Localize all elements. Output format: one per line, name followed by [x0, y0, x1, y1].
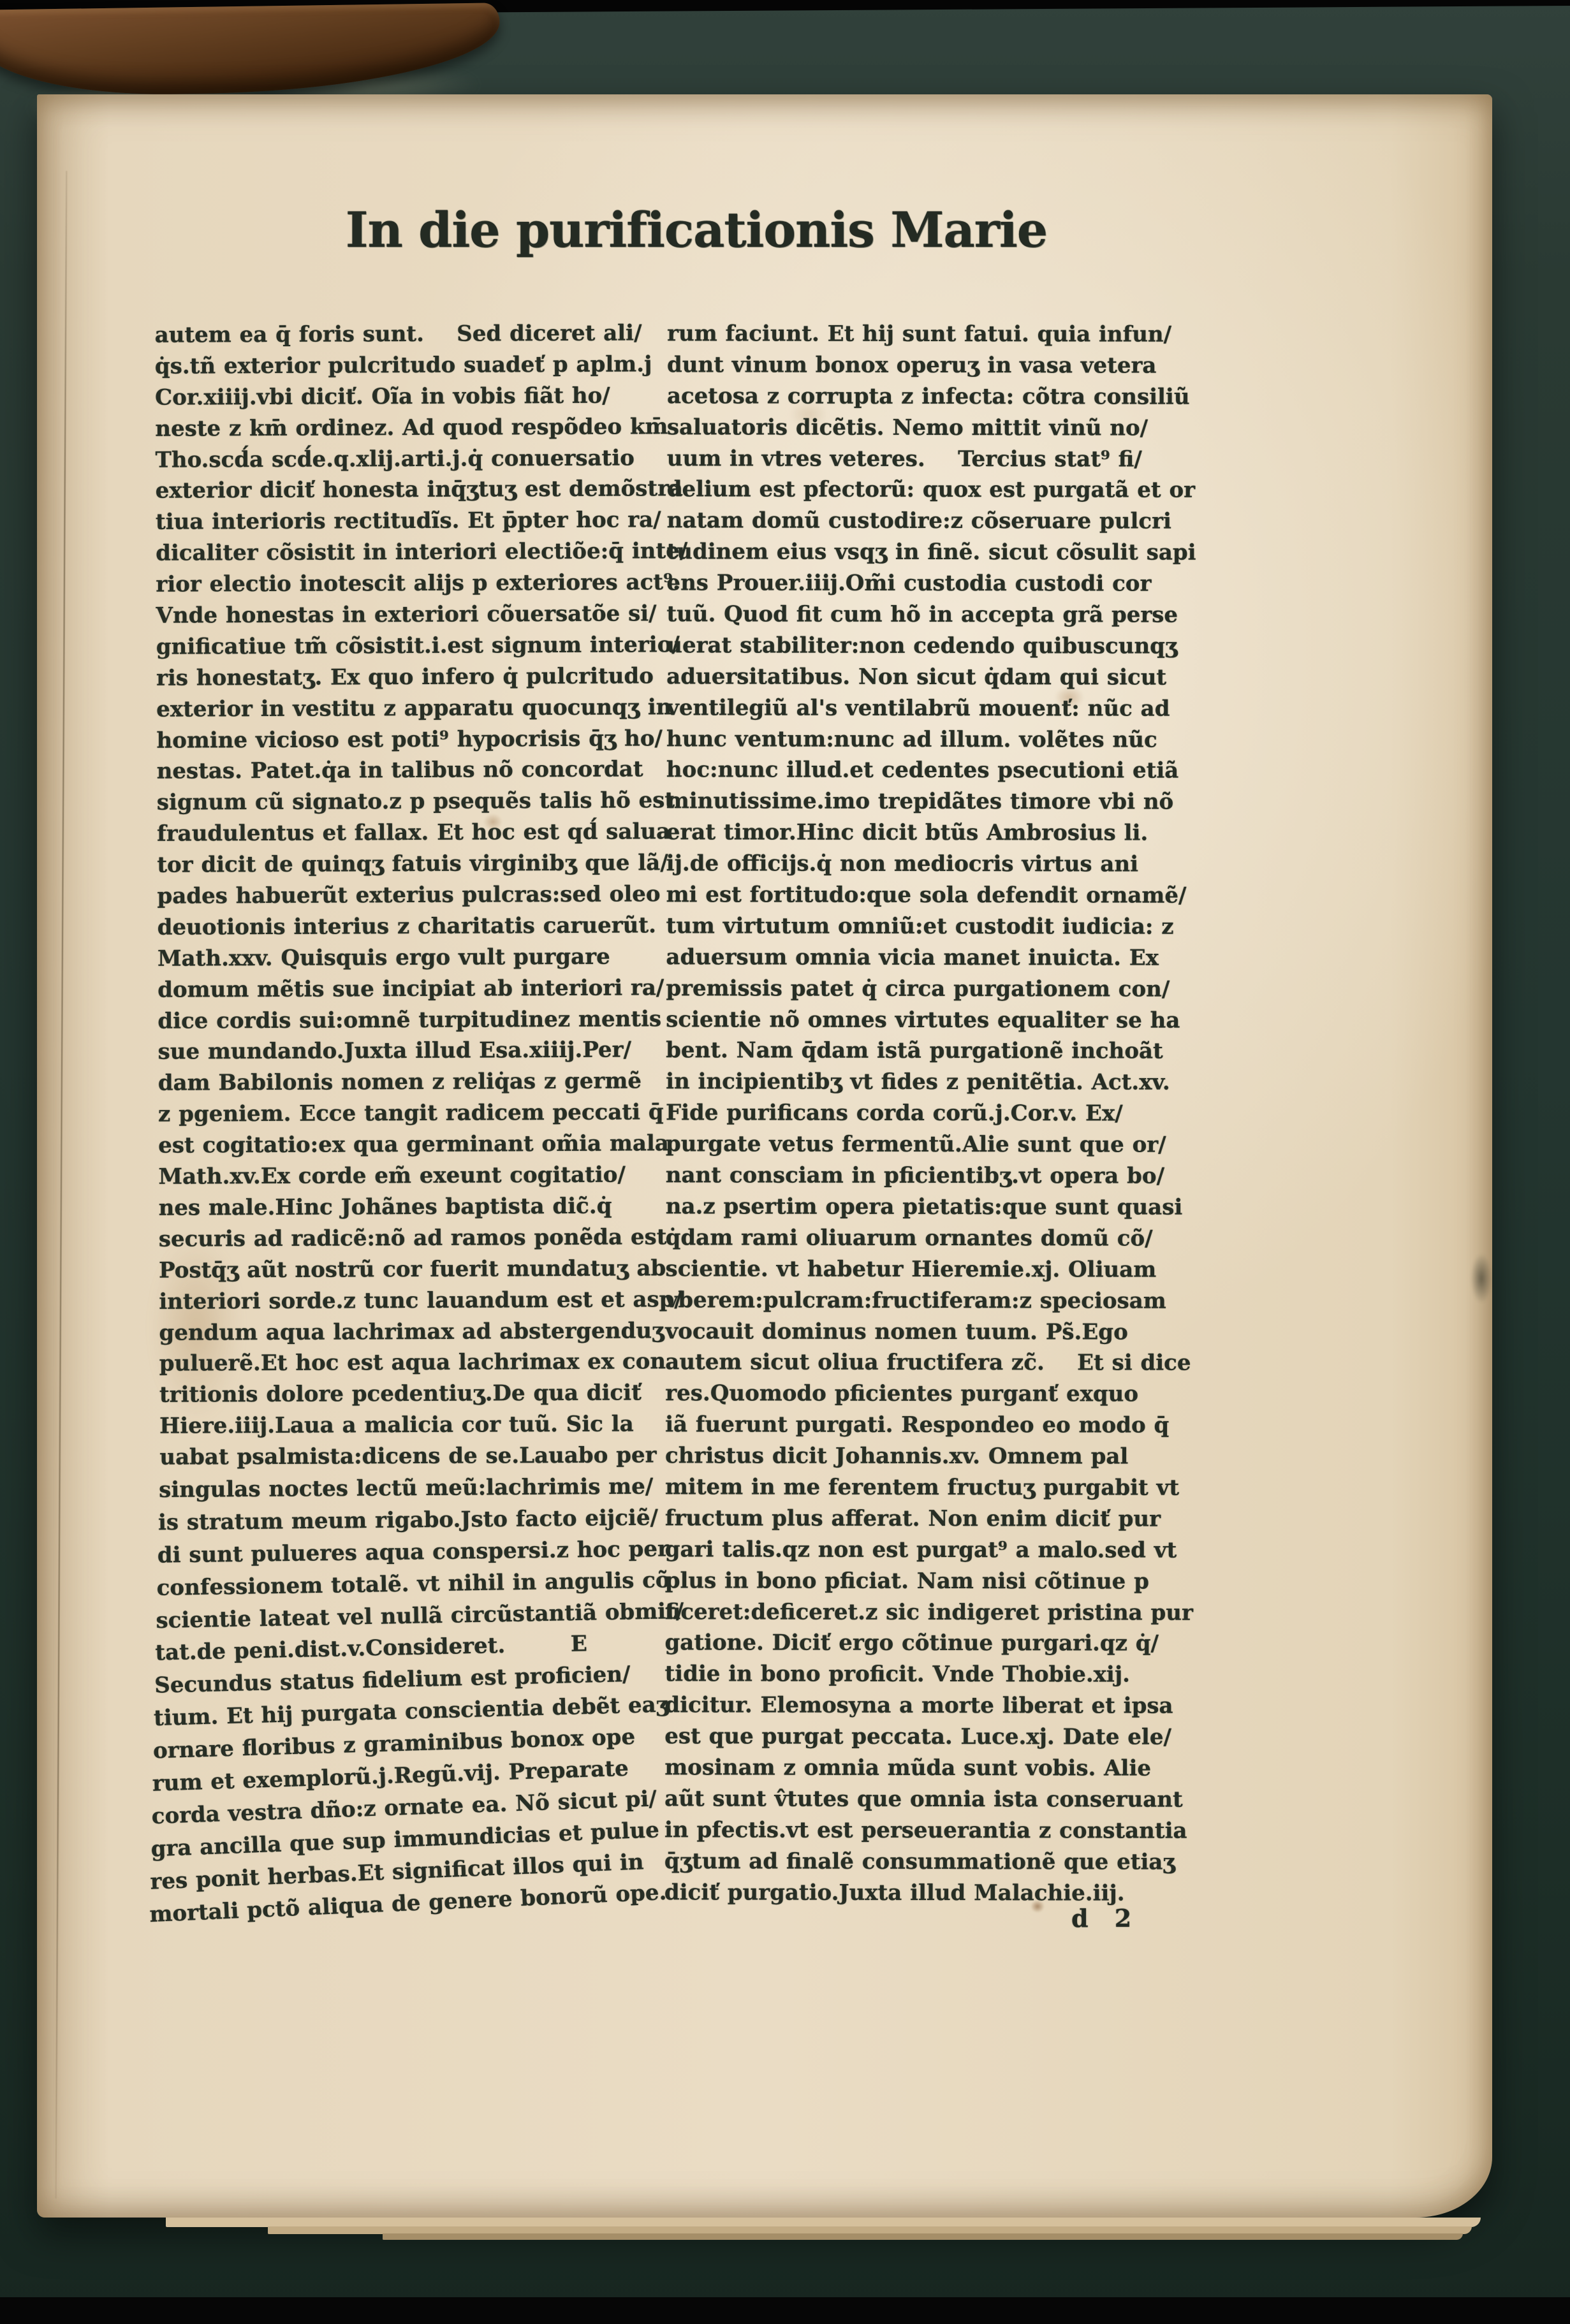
text-line: res.Quomodo pficientes purganť exquo [665, 1378, 1194, 1410]
text-line: vberem:pulcram:fructiferam:z speciosam [665, 1285, 1194, 1317]
text-line: bent. Nam q̄dam istã purgationẽ inchoãt [666, 1035, 1195, 1067]
text-line: erat timor.Hinc dicit btũs Ambrosius li. [666, 817, 1196, 849]
text-line: Math.xv.Ex corde em̃ exeunt cogitatio∕ [158, 1159, 673, 1192]
text-line: christus dicit Johannis.xv. Omnem pal [665, 1440, 1194, 1472]
page-stack-edge [166, 2218, 1481, 2227]
text-line: exterior in vestitu z apparatu quocunqʒ … [156, 692, 671, 725]
text-line: est cogitatio:ex qua germinant om̃ia mal… [158, 1128, 673, 1161]
text-line: delium est pfectorũ: quox est purgatã et… [667, 474, 1196, 506]
text-line: pades habuerũt exterius pulcras:sed oleo [157, 879, 672, 912]
page-stack-edge [383, 2233, 1463, 2240]
text-line: purgate vetus fermentũ.Alie sunt que or∕ [666, 1129, 1195, 1160]
text-line: sue mundando.Juxta illud Esa.xiiij.Per∕ [158, 1035, 673, 1068]
text-line: scientie nõ omnes virtutes equaliter se … [666, 1004, 1195, 1036]
text-line: uerat stabiliter:non cedendo quibuscunqʒ [666, 630, 1196, 662]
gutter-crease-line [55, 171, 68, 2198]
text-line: singulas noctes lectũ meũ:lachrimis me∕ [159, 1471, 674, 1506]
left-column: autem ea q̄ foris sunt. Sed diceret ali∕… [155, 318, 677, 1910]
text-line: hunc ventum:nunc ad illum. volẽtes nũc [666, 724, 1196, 756]
text-line: mosinam z omnia mũda sunt vobis. Alie [664, 1752, 1194, 1784]
text-line: nant consciam in pficientibʒ.vt opera bo… [666, 1160, 1195, 1192]
text-line: Hiere.iiij.Laua a malicia cor tuũ. Sic l… [159, 1408, 675, 1442]
text-line: ris honestatʒ. Ex quo infero q̇ pulcritu… [156, 661, 671, 694]
text-line: Math.xxv. Quisquis ergo vult purgare [158, 941, 673, 974]
text-line: fructum plus afferat. Non enim diciť pur [665, 1503, 1194, 1535]
text-line: Tho.scd́a scd́e.q.xlij.arti.j.q̇ conuers… [155, 442, 670, 476]
text-line: hoc:nunc illud.et cedentes psecutioni et… [666, 755, 1196, 787]
text-line: dice cordis sui:omnẽ turpitudinez mentis [158, 1004, 673, 1037]
text-line: domum mẽtis sue incipiat ab interiori ra… [158, 972, 673, 1005]
text-line: ficeret:deficeret.z sic indigeret pristi… [665, 1597, 1194, 1628]
text-line: tudinem eius vsqʒ in finẽ. sicut cõsulit… [666, 537, 1196, 569]
text-line: minutissime.imo trepidãtes timore vbi nõ [666, 786, 1196, 818]
text-line: tuũ. Quod fit cum hõ in accepta grã pers… [666, 599, 1196, 631]
text-line: dicaliter cõsistit in interiori electiõe… [156, 536, 671, 569]
text-line: rior electio inotescit alijs p exteriore… [156, 567, 671, 600]
text-line: Vnde honestas in exteriori cõuersatõe si… [156, 598, 671, 631]
text-line: neste z km̄ ordinez. Ad quod respõdeo km… [155, 411, 670, 444]
text-line: est que purgat peccata. Luce.xj. Date el… [664, 1721, 1194, 1753]
text-line: gari talis.qz non est purgat⁹ a malo.sed… [665, 1534, 1194, 1566]
text-line: vocauit dominus nomen tuum. Ps̃.Ego [665, 1316, 1194, 1348]
text-line: puluerẽ.Et hoc est aqua lachrimax ex con [159, 1347, 675, 1380]
text-line: tor dicit de quinqʒ fatuis virginibʒ que… [157, 847, 672, 881]
text-line: rum faciunt. Et hij sunt fatui. quia inf… [667, 318, 1196, 350]
text-line: aduersitatibus. Non sicut q̇dam qui sicu… [666, 661, 1196, 693]
text-line: Postq̄ʒ aũt nostrũ cor fuerit mundatuʒ a… [159, 1253, 674, 1286]
text-line: acetosa z corrupta z infecta: cõtra cons… [667, 381, 1196, 413]
ink-smudge [1471, 1253, 1492, 1303]
text-line: ens Prouer.iiij.Om̃i custodia custodi co… [666, 567, 1196, 599]
text-line: iã fuerunt purgati. Respondeo eo modo q̄ [665, 1409, 1194, 1441]
text-line: tidie in bono proficit. Vnde Thobie.xij. [664, 1659, 1194, 1691]
text-line: aduersum omnia vicia manet inuicta. Ex [666, 942, 1195, 974]
text-line: nestas. Patet.q̇a in talibus nõ concorda… [157, 754, 672, 787]
text-line: tum virtutum omniũ:et custodit iudicia: … [666, 910, 1195, 942]
text-line: Cor.xiiij.vbi diciť. Oĩa in vobis fiãt h… [155, 380, 670, 413]
text-line: aũt sunt v̂tutes que omnia ista conserua… [664, 1783, 1194, 1815]
text-line: homine vicioso est poti⁹ hypocrisis q̄ʒ … [156, 723, 671, 756]
text-line: interiori sorde.z tunc lauandum est et a… [159, 1284, 674, 1317]
text-line: autem ea q̄ foris sunt. Sed diceret ali∕ [155, 318, 670, 351]
text-line: uum in vtres veteres. Tercius stat⁹ fi∕ [667, 443, 1196, 475]
text-line: in incipientibʒ vt fides z penitẽtia. Ac… [666, 1067, 1195, 1099]
signature-mark: d 2 [1071, 1904, 1140, 1933]
right-column: rum faciunt. Et hij sunt fatui. quia inf… [664, 318, 1196, 1909]
text-line: q̄ʒtum ad finalẽ consummationẽ que etiaʒ [664, 1846, 1194, 1878]
text-line: tritionis dolore pcedentiuʒ.De qua diciť [159, 1378, 675, 1411]
text-line: saluatoris dicẽtis. Nemo mittit vinũ no∕ [667, 412, 1196, 444]
text-line: mi est fortitudo:que sola defendit ornam… [666, 879, 1196, 911]
text-line: gendum aqua lachrimax ad abstergenduʒ [159, 1315, 674, 1348]
text-line: fraudulentus et fallax. Et hoc est qd́ s… [157, 816, 672, 849]
text-line: dunt vinum bonox operuʒ in vasa vetera [667, 349, 1196, 381]
text-line: na.z psertim opera pietatis:que sunt qua… [666, 1191, 1195, 1223]
text-line: z pgeniem. Ecce tangit radicem peccati q… [158, 1097, 673, 1130]
text-line: ij.de officijs.q̇ non mediocris virtus a… [666, 848, 1196, 880]
text-line: q̇dam rami oliuarum ornantes domũ cõ∕ [666, 1222, 1195, 1254]
text-line: exterior diciť honesta inq̄ʒtuʒ est demõ… [156, 474, 671, 507]
text-line: dicitur. Elemosyna a morte liberat et ip… [664, 1690, 1194, 1721]
page-title: In die purificationis Marie [250, 201, 1143, 258]
text-line: in pfectis.vt est perseuerantia z consta… [664, 1815, 1194, 1846]
text-line: securis ad radicẽ:nõ ad ramos ponẽda est [159, 1222, 674, 1255]
text-line: signum cũ signato.z p psequẽs talis hõ e… [157, 786, 672, 819]
scanned-book-photo: In die purificationis Marie autem ea q̄ … [0, 0, 1570, 2324]
text-line: scientie. vt habetur Hieremie.xj. Oliuam [666, 1253, 1195, 1285]
text-line: gatione. Diciť ergo cõtinue purgari.qz q… [665, 1628, 1194, 1660]
text-line: uabat psalmista:dicens de se.Lauabo per [159, 1440, 675, 1473]
text-line: autem sicut oliua fructifera zc̃. Et si … [665, 1347, 1194, 1379]
scanner-edge-bottom [0, 2297, 1570, 2324]
book-page: In die purificationis Marie autem ea q̄ … [37, 94, 1492, 2218]
text-line: q̇s.tñ exterior pulcritudo suadeť p aplm… [155, 349, 670, 382]
text-line: natam domũ custodire:z cõseruare pulcri [667, 506, 1196, 537]
text-line: gnificatiue tm̃ cõsistit.i.est signum in… [156, 629, 671, 662]
text-line: premissis patet q̇ circa purgationem con… [666, 973, 1195, 1005]
text-line: is stratum meum rigabo.Jsto facto eijciẽ… [158, 1502, 673, 1538]
text-line: ventilegiũ al's ventilabrũ mouenť: nũc a… [666, 692, 1196, 724]
text-line: dam Babilonis nomen z reliq̇as z germẽ [158, 1066, 673, 1099]
text-line: Fide purificans corda corũ.j.Cor.v. Ex∕ [666, 1098, 1195, 1130]
text-line: deuotionis interius z charitatis caruerũ… [158, 910, 673, 943]
text-line: tiua interioris rectitudĩs. Et p̄pter ho… [156, 505, 671, 538]
text-line: mitem in me ferentem fructuʒ purgabit vt [665, 1472, 1194, 1503]
text-line: plus in bono pficiat. Nam nisi cõtinue p [665, 1565, 1194, 1597]
text-line: nes male.Hinc Johãnes baptista dic̃.q̇ [159, 1190, 674, 1224]
